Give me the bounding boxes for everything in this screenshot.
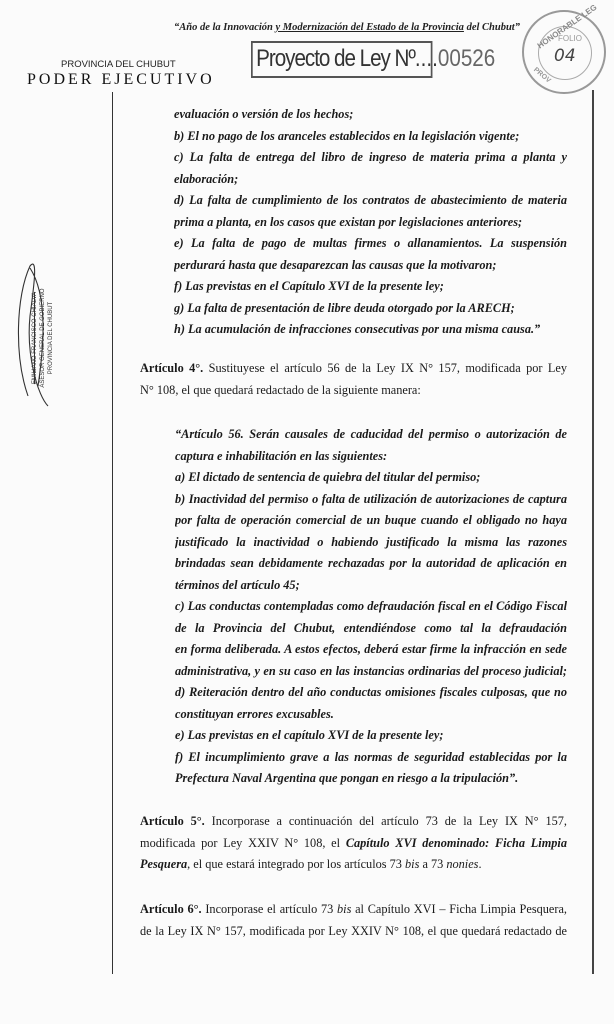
article-56-item-c: c) Las conductas contempladas como defra…	[175, 596, 567, 618]
stamp-number: 00526	[438, 45, 495, 72]
left-margin-rule	[112, 92, 113, 974]
list-item-d: d) La falta de cumplimiento de los contr…	[174, 190, 567, 212]
signer-title: ASESOR GENERAL DE GOBIERNO	[39, 263, 47, 413]
article-4-heading: Artículo 4°.	[140, 361, 203, 375]
right-margin-rule	[592, 90, 594, 974]
article-56-item-f-cont: Prefectura Naval Argentina que pongan en…	[175, 768, 567, 790]
signer-province: PROVINCIA DEL CHUBUT	[47, 263, 55, 413]
article-56-item-a: a) El dictado de sentencia de quiebra de…	[175, 467, 567, 489]
bis-term: bis	[337, 902, 351, 916]
article-56-line: captura e inhabilitación en las siguient…	[175, 446, 567, 468]
signer-name: EMILIANO FRANCISCO CHIALVA	[31, 263, 39, 413]
article-5-heading: Artículo 5°.	[140, 814, 205, 828]
list-item-b: b) El no pago de los aranceles estableci…	[174, 126, 567, 148]
article-4-text: Sustituyese el artículo 56 de la Ley IX …	[140, 361, 567, 380]
article-56-item-f: f) El incumplimiento grave a las normas …	[175, 747, 567, 769]
motto-underlined-text: y Modernización del Estado de la Provinc…	[276, 22, 464, 33]
article-5-text: a 73	[419, 857, 446, 871]
article-6: Artículo 6°. Incorporase el artículo 73 …	[140, 899, 567, 942]
article-56-item-e: e) Las previstas en el capítulo XVI de l…	[175, 725, 567, 747]
article-5-line2: modificada por Ley XXIV N° 108, el Capít…	[140, 833, 567, 855]
list-line: evaluación o versión de los hechos;	[174, 104, 567, 126]
article-4: Artículo 4°. Sustituyese el artículo 56 …	[140, 358, 567, 401]
article-5-line3: Pesquera, el que estará integrado por lo…	[140, 854, 567, 876]
article-5-text: modificada por Ley XXIV N° 108, el	[140, 836, 346, 850]
list-item-e-cont: perdurará hasta que desaparezcan las cau…	[174, 255, 567, 277]
article-56-item-b-cont: brindadas sean debidamente rechazadas po…	[175, 553, 567, 575]
chapter-name-cont: Pesquera	[140, 857, 187, 871]
article-6-text: Incorporase el artículo 73	[202, 902, 337, 916]
list-item-h: h) La acumulación de infracciones consec…	[174, 319, 567, 341]
article-56-item-c-cont: en forma deliberada. A estos efectos, de…	[175, 639, 567, 661]
article-56-item-c-cont: de la Provincia del Chubut, entendiéndos…	[175, 618, 567, 640]
list-item-f: f) Las previstas en el Capítulo XVI de l…	[174, 276, 567, 298]
article-4-line1: Artículo 4°. Sustituyese el artículo 56 …	[140, 358, 567, 380]
seal-folio-number: 04	[554, 46, 576, 66]
previous-article-list: evaluación o versión de los hechos; b) E…	[174, 104, 567, 341]
article-6-line2: de la Ley IX N° 157, modificada por Ley …	[140, 921, 567, 943]
stamp-dots: ....	[415, 45, 438, 72]
article-56-item-b: b) Inactividad del permiso o falta de ut…	[175, 489, 567, 511]
list-item-d-cont: prima a planta, en los casos que existan…	[174, 212, 567, 234]
list-item-e: e) La falta de pago de multas firmes o a…	[174, 233, 567, 255]
seal-folio-label: FOLIO	[558, 34, 582, 43]
article-56-quote: “Artículo 56. Serán causales de caducida…	[175, 424, 567, 790]
article-6-text: al Capítulo XVI – Ficha Limpia Pesquera,	[351, 902, 567, 916]
executive-branch-title: PODER EJECUTIVO	[27, 71, 215, 89]
article-56-item-b-cont: por falta de operación comercial de un b…	[175, 510, 567, 532]
motto-text-end: del Chubut”	[464, 22, 520, 33]
article-56-item-d: d) Reiteración dentro del año conductas …	[175, 682, 567, 704]
article-5-text: .	[478, 857, 481, 871]
article-56-item-b-cont: términos del artículo 45;	[175, 575, 567, 597]
article-6-heading: Artículo 6°.	[140, 902, 202, 916]
nonies-term: nonies	[446, 857, 478, 871]
article-5-text: , el que estará integrado por los artícu…	[187, 857, 405, 871]
article-5-line1: Artículo 5°. Incorporase a continuación …	[140, 811, 567, 833]
year-motto: “Año de la Innovación y Modernización de…	[174, 22, 520, 33]
bis-term: bis	[405, 857, 419, 871]
article-6-line1: Artículo 6°. Incorporase el artículo 73 …	[140, 899, 567, 921]
article-5-text: Incorporase a continuación del artículo …	[205, 814, 567, 828]
signature-stamp: EMILIANO FRANCISCO CHIALVA ASESOR GENERA…	[8, 256, 68, 416]
article-56-item-b-cont: justificado la inactividad o habiendo ju…	[175, 532, 567, 554]
chapter-name: Capítulo XVI denominado: Ficha Limpia	[346, 836, 567, 850]
list-item-c: c) La falta de entrega del libro de ingr…	[174, 147, 567, 169]
article-56-item-d-cont: constituyan errores excusables.	[175, 704, 567, 726]
province-name: PROVINCIA DEL CHUBUT	[61, 59, 176, 70]
bill-number-stamp: Proyecto de Ley Nº....00526	[251, 41, 432, 78]
list-item-c-cont: elaboración;	[174, 169, 567, 191]
article-5: Artículo 5°. Incorporase a continuación …	[140, 811, 567, 876]
article-56-line: “Artículo 56. Serán causales de caducida…	[175, 424, 567, 446]
stamp-label: Proyecto de Ley Nº	[256, 45, 415, 72]
motto-text: “Año de la Innovación	[174, 22, 276, 33]
folio-seal: HONORABLE LEG FOLIO 04 PROV	[522, 10, 606, 94]
article-56-item-c-cont: administrativa, y en su caso en las inst…	[175, 661, 567, 683]
article-4-line2: N° 108, el que quedará redactado de la s…	[140, 380, 567, 402]
list-item-g: g) La falta de presentación de libre deu…	[174, 298, 567, 320]
signature-text: EMILIANO FRANCISCO CHIALVA ASESOR GENERA…	[31, 263, 55, 413]
